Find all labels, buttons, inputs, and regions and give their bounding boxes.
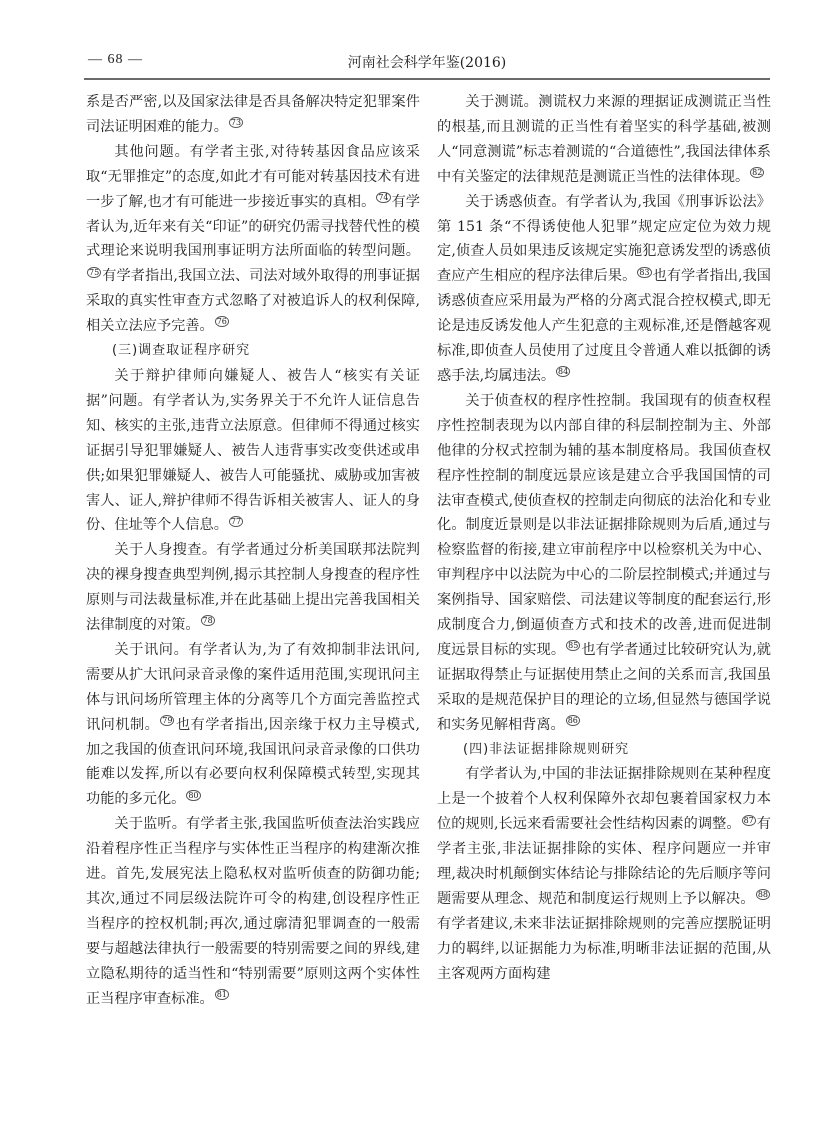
footnote-marker[interactable]: 81 [215,989,229,1000]
heading-text: (四)非法证据排除规则研究 [463,742,629,757]
paragraph: 关于讯问。有学者认为,为了有效抑制非法讯问,需要从扩大讯问录音录像的案件适用范围… [86,638,420,812]
sentence-text: 其他问题。有学者主张,对待转基因食品应该采取“无罪推定”的态度,如此才有可能对转… [86,144,420,210]
paragraph: 关于测谎。测谎权力来源的理据证成测谎正当性的根基,而且测谎的正当性有着坚实的科学… [437,90,771,190]
sentence-text: 有学者认为,中国的非法证据排除规则在某种程度上是一个披着个人权利保障外衣却包裹着… [437,766,771,832]
footnote-marker[interactable]: 74 [376,192,390,203]
paragraph: 有学者认为,中国的非法证据排除规则在某种程度上是一个披着个人权利保障外衣却包裹着… [437,762,771,986]
paragraph: 关于辩护律师向嫌疑人、被告人“核实有关证据”问题。有学者认为,实务界关于不允许人… [86,364,420,538]
footnote-marker[interactable]: 85 [566,640,580,651]
sentence-text: 有学者指出,我国立法、司法对域外取得的刑事证据采取的真实性审查方式忽略了对被追诉… [86,268,420,334]
sentence-text: 关于监听。有学者主张,我国监听侦查法治实践应沿着程序性正当程序与实体性正当程序的… [86,816,420,1006]
section-heading: (四)非法证据排除规则研究 [437,738,771,763]
footnote-marker[interactable]: 79 [160,715,174,726]
footnote-marker[interactable]: 82 [750,167,764,178]
paragraph: 关于侦查权的程序性控制。我国现有的侦查权程序性控制表现为以内部自律的科层制控制为… [437,389,771,738]
sentence-text: 系是否严密,以及国家法律是否具备解决特定犯罪案件司法证明困难的能力。 [86,94,420,135]
paragraph: 系是否严密,以及国家法律是否具备解决特定犯罪案件司法证明困难的能力。73 [86,90,420,140]
footnote-marker[interactable]: 86 [566,715,580,726]
footnote-marker[interactable]: 78 [201,615,215,626]
footnote-marker[interactable]: 87 [742,815,756,826]
page-header: — 68 — 河南社会科学年鉴(2016) [84,52,770,76]
paragraph: 关于诱惑侦查。有学者认为,我国《刑事诉讼法》第 151 条“不得诱使他人犯罪”规… [437,190,771,389]
footnote-marker[interactable]: 83 [637,267,651,278]
header-rule [84,78,770,80]
right-column: 关于测谎。测谎权力来源的理据证成测谎正当性的根基,而且测谎的正当性有着坚实的科学… [437,90,771,987]
sentence-text: 关于辩护律师向嫌疑人、被告人“核实有关证据”问题。有学者认为,实务界关于不允许人… [86,368,420,533]
footnote-marker[interactable]: 80 [186,790,200,801]
sentence-text: 关于测谎。测谎权力来源的理据证成测谎正当性的根基,而且测谎的正当性有着坚实的科学… [437,94,771,185]
section-heading: (三)调查取证程序研究 [86,339,420,364]
paragraph: 关于监听。有学者主张,我国监听侦查法治实践应沿着程序性正当程序与实体性正当程序的… [86,812,420,1011]
paragraph: 关于人身搜查。有学者通过分析美国联邦法院判决的裸身搜查典型判例,揭示其控制人身搜… [86,538,420,638]
footnote-marker[interactable]: 84 [556,366,570,377]
left-column: 系是否严密,以及国家法律是否具备解决特定犯罪案件司法证明困难的能力。73其他问题… [86,90,420,1012]
running-title: 河南社会科学年鉴(2016) [84,52,770,72]
paragraph: 其他问题。有学者主张,对待转基因食品应该采取“无罪推定”的态度,如此才有可能对转… [86,140,420,339]
footnote-marker[interactable]: 73 [229,117,243,128]
sentence-text: 关于人身搜查。有学者通过分析美国联邦法院判决的裸身搜查典型判例,揭示其控制人身搜… [86,542,420,633]
heading-text: (三)调查取证程序研究 [112,343,250,358]
sentence-text: 关于侦查权的程序性控制。我国现有的侦查权程序性控制表现为以内部自律的科层制控制为… [437,393,771,658]
footnote-marker[interactable]: 88 [756,889,770,900]
footnote-marker[interactable]: 76 [215,316,229,327]
footnote-marker[interactable]: 75 [87,267,101,278]
sentence-text: 有学者建议,未来非法证据排除规则的完善应摆脱证明力的羁绊,以证据能力为标准,明晰… [437,916,771,982]
sentence-text: 也有学者指出,我国诱惑侦查应采用最为严格的分离式混合控权模式,即无论是违反诱发他… [437,268,771,384]
footnote-marker[interactable]: 77 [229,516,243,527]
